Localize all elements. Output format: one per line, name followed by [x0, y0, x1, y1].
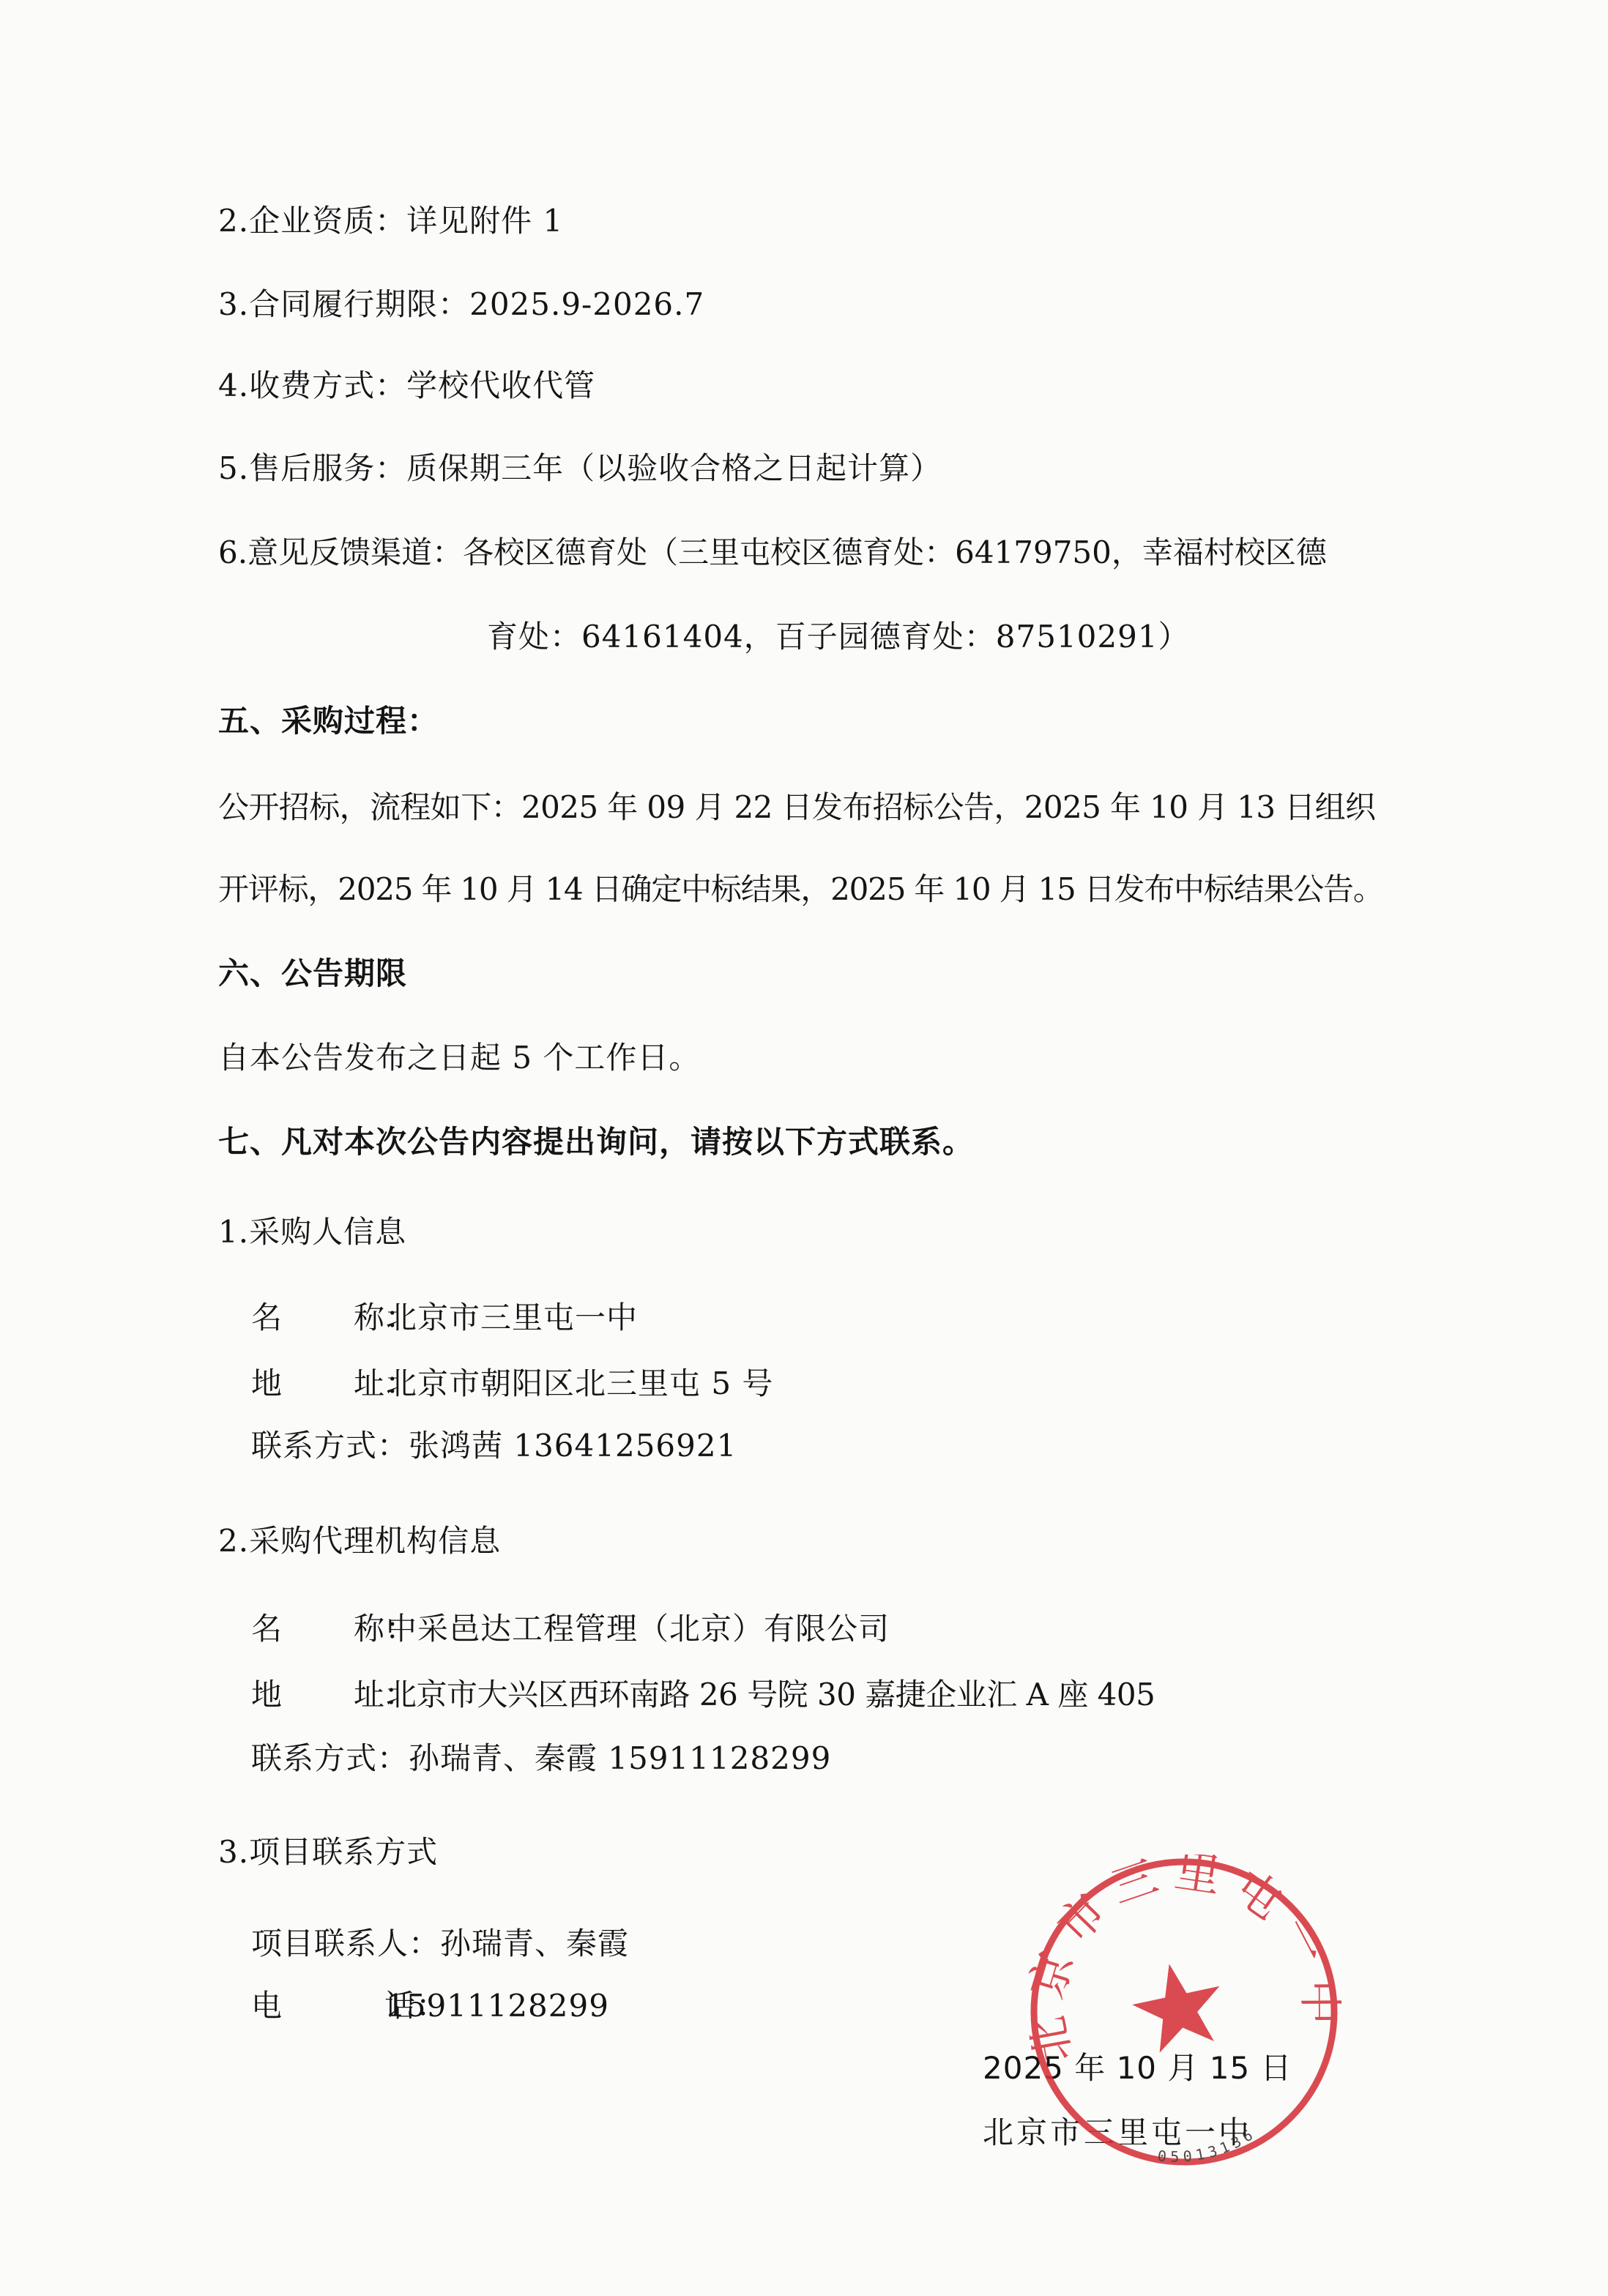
item-number: 5. [218, 450, 249, 486]
contact-label: 联系方式： [251, 1740, 409, 1776]
item-feedback-channel: 6.意见反馈渠道：各校区德育处（三里屯校区德育处：64179750，幸福村校区德 [218, 532, 1327, 573]
purchaser-name: 北京市三里屯一中 [386, 1300, 638, 1335]
label-char: 名 [251, 1609, 354, 1650]
item-number: 2. [218, 203, 249, 239]
agency-contact: 孙瑞青、秦霞 15911128299 [409, 1740, 831, 1776]
signature-organization: 北京市三里屯一中 [983, 2112, 1252, 2153]
address-label: 地址： [251, 1363, 386, 1404]
signature-date: 2025 年 10 月 15 日 [983, 2048, 1292, 2089]
item-enterprise-qualification: 2.企业资质：详见附件 1 [218, 201, 563, 242]
announcement-period-text: 自本公告发布之日起 5 个工作日。 [218, 1037, 700, 1078]
agency-name-row: 名称：中采邑达工程管理（北京）有限公司 [251, 1609, 890, 1650]
section-heading-announcement-period: 六、公告期限 [218, 953, 407, 994]
item-value: 2025.9-2026.7 [469, 286, 704, 322]
label-char: 名 [251, 1297, 354, 1338]
purchaser-contact-row: 联系方式：张鸿茜 13641256921 [251, 1425, 737, 1466]
procurement-process-line-2: 开评标，2025 年 10 月 14 日确定中标结果，2025 年 10 月 1… [218, 869, 1383, 910]
item-contract-period: 3.合同履行期限：2025.9-2026.7 [218, 284, 704, 325]
item-number: 3. [218, 286, 249, 322]
name-label: 名称： [251, 1297, 386, 1338]
label-char: 地 [251, 1674, 354, 1715]
item-value: 质保期三年（以验收合格之日起计算） [406, 450, 942, 486]
procurement-process-line-1: 公开招标，流程如下：2025 年 09 月 22 日发布招标公告，2025 年 … [218, 787, 1375, 828]
agency-address-row: 地址：北京市大兴区西环南路 26 号院 30 嘉捷企业汇 A 座 405 [251, 1674, 1155, 1715]
purchaser-address-row: 地址：北京市朝阳区北三里屯 5 号 [251, 1363, 773, 1404]
agency-name: 中采邑达工程管理（北京）有限公司 [386, 1611, 890, 1647]
contact-label: 联系方式： [251, 1428, 409, 1464]
name-label: 名称： [251, 1609, 386, 1650]
section-heading-contact: 七、凡对本次公告内容提出询问，请按以下方式联系。 [218, 1122, 974, 1163]
purchaser-info-title: 1.采购人信息 [218, 1212, 406, 1253]
purchaser-address: 北京市朝阳区北三里屯 5 号 [386, 1365, 773, 1401]
purchaser-name-row: 名称：北京市三里屯一中 [251, 1297, 638, 1338]
agency-address: 北京市大兴区西环南路 26 号院 30 嘉捷企业汇 A 座 405 [386, 1677, 1155, 1712]
item-label: 意见反馈渠道： [247, 534, 463, 570]
project-contact-person: 孙瑞青、秦霞 [440, 1926, 629, 1961]
item-label: 收费方式： [249, 368, 406, 403]
project-telephone: 15911128299 [386, 1988, 609, 2024]
agency-info-title: 2.采购代理机构信息 [218, 1521, 501, 1562]
telephone-label: 电话： [251, 1986, 386, 2027]
address-label: 地址： [251, 1674, 386, 1715]
section-heading-procurement-process: 五、采购过程： [218, 701, 439, 742]
document-page: 2.企业资质：详见附件 1 3.合同履行期限：2025.9-2026.7 4.收… [0, 0, 1608, 2296]
project-telephone-row: 电话：15911128299 [251, 1986, 609, 2027]
project-contact-title: 3.项目联系方式 [218, 1832, 438, 1873]
item-fee-method: 4.收费方式：学校代收代管 [218, 365, 595, 406]
item-number: 4. [218, 368, 249, 403]
label-char: 地 [251, 1363, 354, 1404]
contact-person-label: 项目联系人： [251, 1926, 440, 1961]
item-label: 企业资质： [249, 203, 406, 239]
item-value: 详见附件 1 [406, 203, 563, 239]
item-after-sales: 5.售后服务：质保期三年（以验收合格之日起计算） [218, 448, 942, 489]
seal-star-icon [1125, 1955, 1230, 2057]
item-number: 6. [218, 534, 247, 570]
item-label: 售后服务： [249, 450, 406, 486]
purchaser-contact: 张鸿茜 13641256921 [409, 1428, 737, 1464]
item-feedback-continuation: 育处：64161404，百子园德育处：87510291） [487, 616, 1190, 657]
label-char: 电 [251, 1986, 384, 2027]
seal-ring-text: 北京市三里屯一中 [1027, 1855, 1341, 2066]
project-contact-person-row: 项目联系人：孙瑞青、秦霞 [251, 1923, 629, 1964]
item-value: 学校代收代管 [406, 368, 595, 403]
item-label: 合同履行期限： [249, 286, 469, 322]
item-value: 各校区德育处（三里屯校区德育处：64179750，幸福村校区德 [463, 534, 1327, 570]
agency-contact-row: 联系方式：孙瑞青、秦霞 15911128299 [251, 1738, 831, 1779]
